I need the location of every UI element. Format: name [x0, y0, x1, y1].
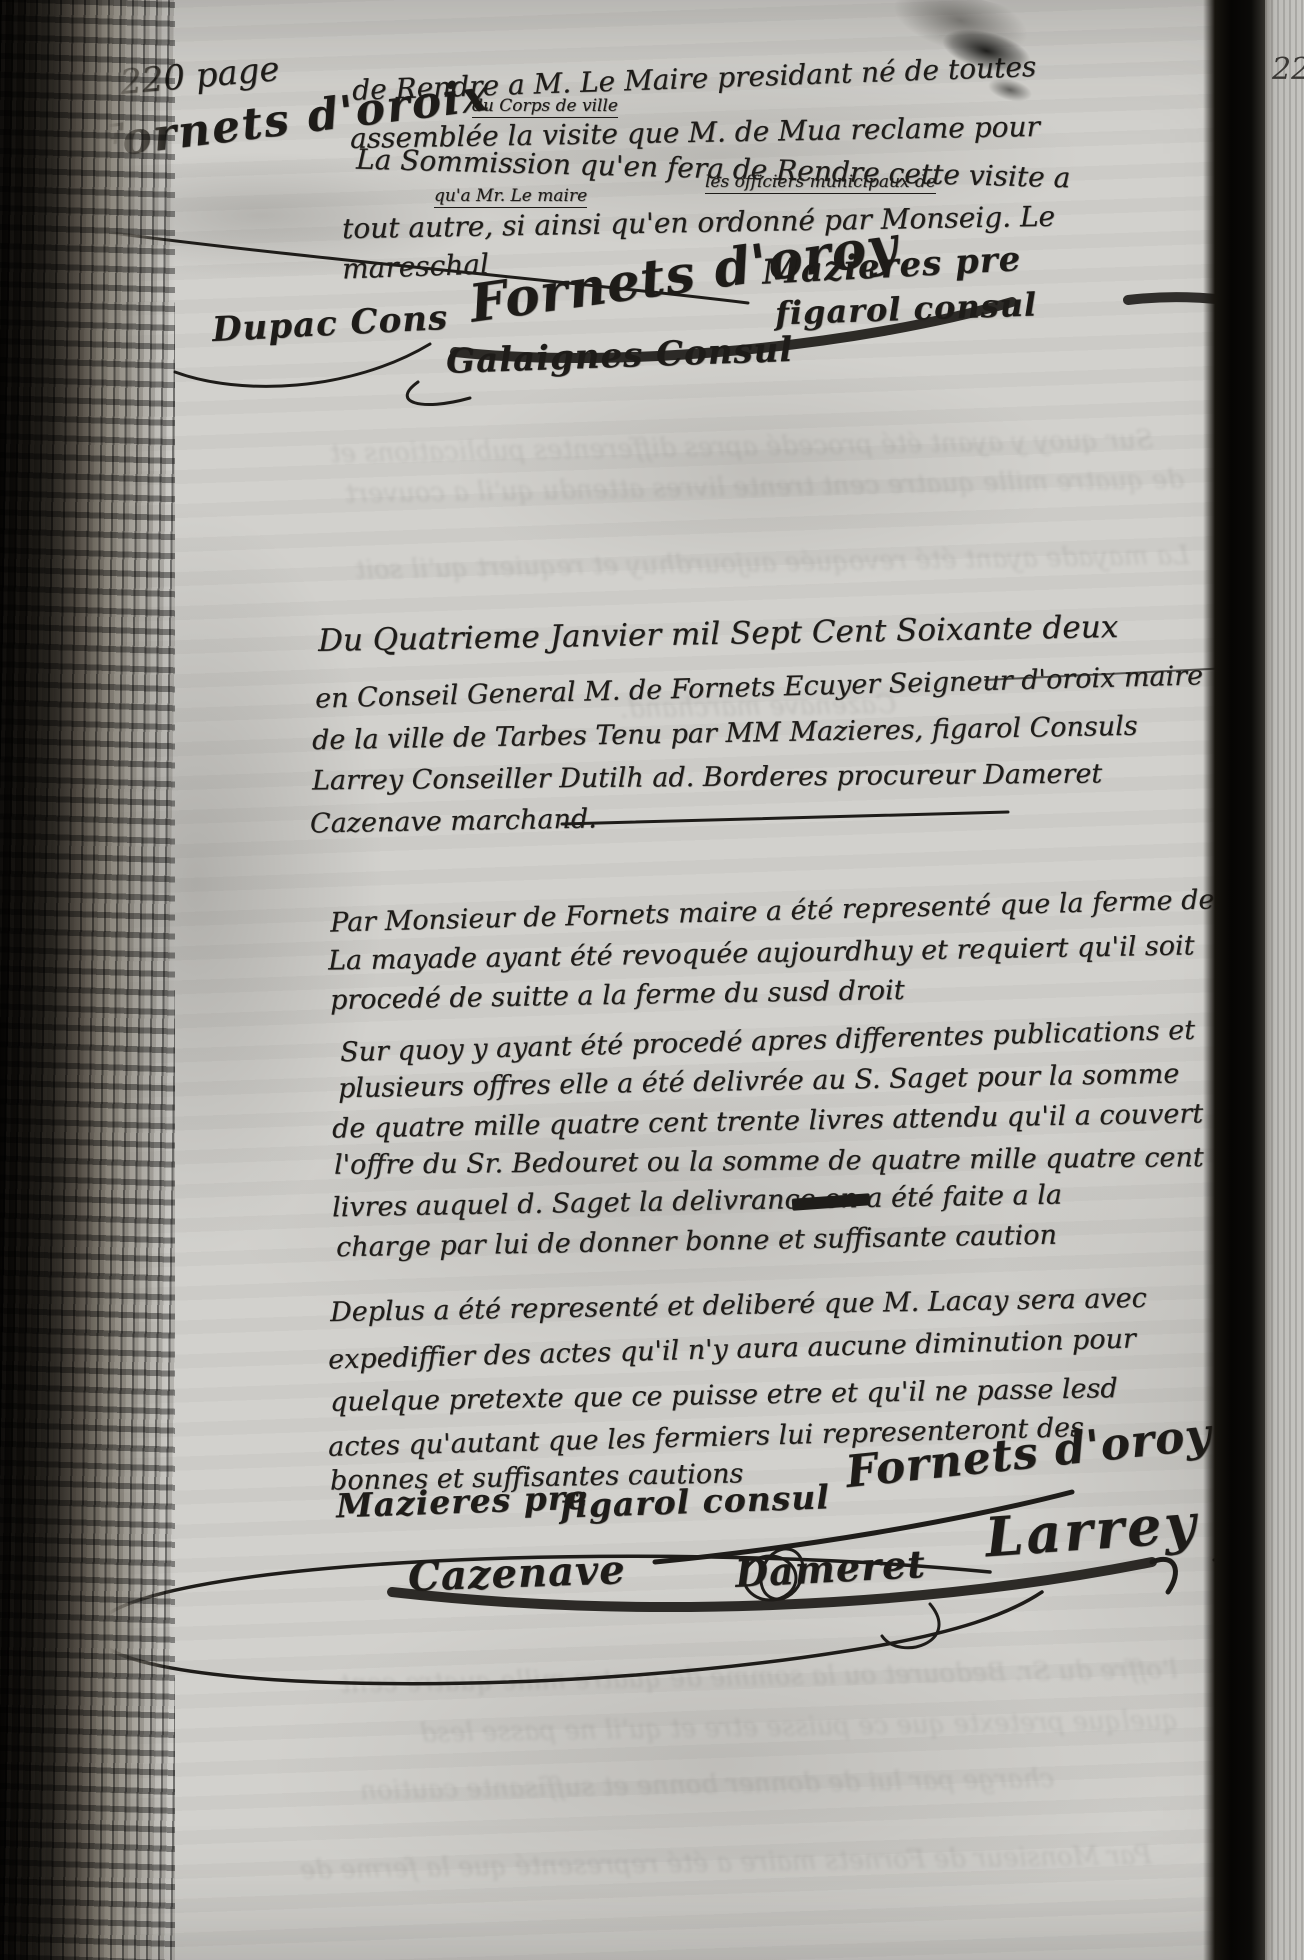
ferme-line-1: Par Monsieur de Fornets maire a été repr…: [330, 884, 1215, 938]
bleed-through-text: Sur quoy y ayant été procedé apres diffe…: [330, 425, 1154, 469]
signature-dameret: Dameret: [734, 1541, 927, 1596]
encheres-line-2: plusieurs offres elle a été delivrée au …: [338, 1059, 1180, 1105]
manuscript-page: Sur quoy y ayant été procedé apres diffe…: [0, 0, 1304, 1960]
encheres-line-6: charge par lui de donner bonne et suffis…: [336, 1220, 1057, 1264]
bleed-through-text: La mayade ayant été revoquée aujourdhuy …: [355, 541, 1190, 586]
bleed-through-text: Par Monsieur de Fornets maire a été repr…: [300, 1841, 1152, 1886]
book-spine-edge: [0, 0, 175, 1960]
entry-line-date: Du Quatrieme Janvier mil Sept Cent Soixa…: [318, 609, 1119, 659]
bleed-through-text: l'offre du Sr. Bedouret ou la somme de q…: [340, 1655, 1178, 1700]
encheres-line-4: l'offre du Sr. Bedouret ou la somme de q…: [334, 1142, 1204, 1181]
signature-dupac: Dupac Cons: [211, 298, 449, 350]
encheres-line-3: de quatre mille quatre cent trente livre…: [332, 1098, 1204, 1144]
intro-interline-corps-de-ville: du Corps de ville: [472, 96, 618, 118]
signature-figarol-top: figarol consul: [774, 285, 1037, 332]
bleed-through-text: de quatre mille quatre cent trente livre…: [345, 465, 1184, 510]
adjacent-page-edge: [1265, 0, 1304, 1960]
signature-figarol-bottom: figarol consul: [559, 1477, 830, 1525]
bleed-through-text: quelque pretexte que ce puisse etre et q…: [420, 1705, 1179, 1748]
signature-larrey: Larrey: [983, 1491, 1201, 1570]
ferme-line-3: procedé de suitte a la ferme du susd dro…: [330, 975, 905, 1016]
deliberation-line-2: expediffier des actes qu'il n'y aura auc…: [328, 1323, 1136, 1375]
entry-line-officers: Larrey Conseiller Dutilh ad. Borderes pr…: [312, 759, 1102, 797]
signature-cazenave: Cazenave: [407, 1546, 626, 1601]
intro-interline-maire: qu'a Mr. Le maire: [434, 186, 587, 208]
bleed-through-text: charge par lui de donner bonne et suffis…: [360, 1764, 1055, 1806]
ferme-line-2: La mayade ayant été revoquée aujourdhuy …: [328, 930, 1195, 976]
deliberation-line-1: Deplus a été representé et deliberé que …: [330, 1283, 1147, 1328]
intro-interline-officiers-municipaux: les officiers municipaux de: [705, 172, 936, 194]
gutter-shadow: [1203, 0, 1265, 1960]
signature-galaignes: Galaignes Consul: [445, 330, 793, 382]
facing-page-number-fragment: 22: [1272, 52, 1304, 87]
encheres-line-5: livres auquel d. Saget la delivrance on …: [332, 1180, 1062, 1224]
entry-line-city: de la ville de Tarbes Tenu par MM Mazier…: [312, 711, 1138, 756]
deliberation-line-3: quelque pretexte que ce puisse etre et q…: [330, 1373, 1118, 1418]
signature-mazieres-bottom: Mazieres pre: [335, 1478, 588, 1526]
entry-line-merchant: Cazenave marchand.: [310, 804, 597, 840]
